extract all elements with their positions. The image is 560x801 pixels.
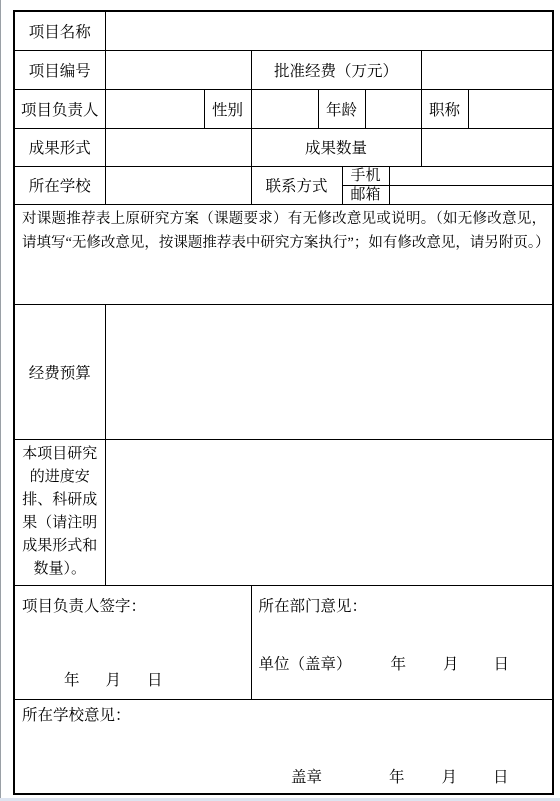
approved-funds-label: 批准经费（万元） (251, 50, 421, 89)
note-cell[interactable]: 对课题推荐表上原研究方案（课题要求）有无修改意见或说明。（如无修改意见，请填写“… (14, 204, 553, 304)
email-label: 邮箱 (342, 185, 389, 204)
dept-opinion-label: 所在部门意见： (259, 594, 368, 616)
day-label: 日 (494, 656, 510, 673)
note-text: 对课题推荐表上原研究方案（课题要求）有无修改意见或说明。（如无修改意见，请填写“… (22, 211, 550, 251)
year-label: 年 (391, 656, 407, 673)
progress-field[interactable] (105, 439, 553, 585)
month-label: 月 (442, 769, 458, 786)
day-label: 日 (147, 668, 163, 690)
leader-sign-date: 年月日 (64, 668, 163, 690)
result-form-field[interactable] (105, 128, 251, 166)
budget-label: 经费预算 (14, 304, 105, 439)
project-name-label: 项目名称 (14, 11, 105, 50)
leader-label: 项目负责人 (14, 89, 105, 128)
mobile-field[interactable] (389, 166, 553, 185)
project-approval-form-table: 项目名称 项目编号 批准经费（万元） 项目负责人 性别 年龄 职称 成果形式 成… (13, 10, 554, 795)
leader-sign-label: 项目负责人签字： (22, 594, 146, 616)
school-opinion-cell[interactable]: 所在学校意见： 盖章年月日 (14, 699, 553, 794)
row-project-no: 项目编号 批准经费（万元） (14, 50, 553, 89)
dept-opinion-cell[interactable]: 所在部门意见： 单位（盖章）年月日 (251, 585, 553, 699)
school-opinion-label: 所在学校意见： (22, 703, 131, 725)
leader-name-field[interactable] (105, 89, 204, 128)
result-qty-field[interactable] (421, 128, 553, 166)
gender-label: 性别 (204, 89, 251, 128)
window-left-edge (0, 0, 1, 801)
prof-title-field[interactable] (468, 89, 553, 128)
approved-funds-field[interactable] (421, 50, 553, 89)
month-label: 月 (106, 668, 122, 690)
row-progress: 本项目研究的进度安排、科研成果（请注明成果形式和数量）。 (14, 439, 553, 585)
row-result-form: 成果形式 成果数量 (14, 128, 553, 166)
seal-label: 盖章 (291, 769, 322, 786)
school-label: 所在学校 (14, 166, 105, 204)
dept-seal-date: 单位（盖章）年月日 (259, 652, 510, 674)
age-field[interactable] (365, 89, 421, 128)
project-name-field[interactable] (105, 11, 553, 50)
leader-sign-cell[interactable]: 项目负责人签字： 年月日 (14, 585, 251, 699)
row-school-contact: 所在学校 联系方式 手机 (14, 166, 553, 185)
row-budget: 经费预算 (14, 304, 553, 439)
result-qty-label: 成果数量 (251, 128, 421, 166)
school-seal-date: 盖章年月日 (15, 765, 509, 787)
year-label: 年 (389, 769, 405, 786)
mobile-label: 手机 (342, 166, 389, 185)
email-field[interactable] (389, 185, 553, 204)
gender-field[interactable] (251, 89, 318, 128)
school-field[interactable] (105, 166, 251, 204)
row-signatures: 项目负责人签字： 年月日 所在部门意见： 单位（盖章）年月日 (14, 585, 553, 699)
row-school-opinion: 所在学校意见： 盖章年月日 (14, 699, 553, 794)
year-label: 年 (64, 668, 80, 690)
project-no-field[interactable] (105, 50, 251, 89)
row-project-name: 项目名称 (14, 11, 553, 50)
age-label: 年龄 (318, 89, 365, 128)
row-leader: 项目负责人 性别 年龄 职称 (14, 89, 553, 128)
project-no-label: 项目编号 (14, 50, 105, 89)
day-label: 日 (493, 769, 509, 786)
budget-field[interactable] (105, 304, 553, 439)
form-page: { "page": { "background": "#ffffff", "gr… (0, 0, 560, 801)
row-note: 对课题推荐表上原研究方案（课题要求）有无修改意见或说明。（如无修改意见，请填写“… (14, 204, 553, 304)
unit-seal-label: 单位（盖章） (259, 656, 352, 673)
month-label: 月 (443, 656, 459, 673)
progress-label: 本项目研究的进度安排、科研成果（请注明成果形式和数量）。 (14, 439, 105, 585)
result-form-label: 成果形式 (14, 128, 105, 166)
prof-title-label: 职称 (421, 89, 468, 128)
contact-label: 联系方式 (251, 166, 342, 204)
